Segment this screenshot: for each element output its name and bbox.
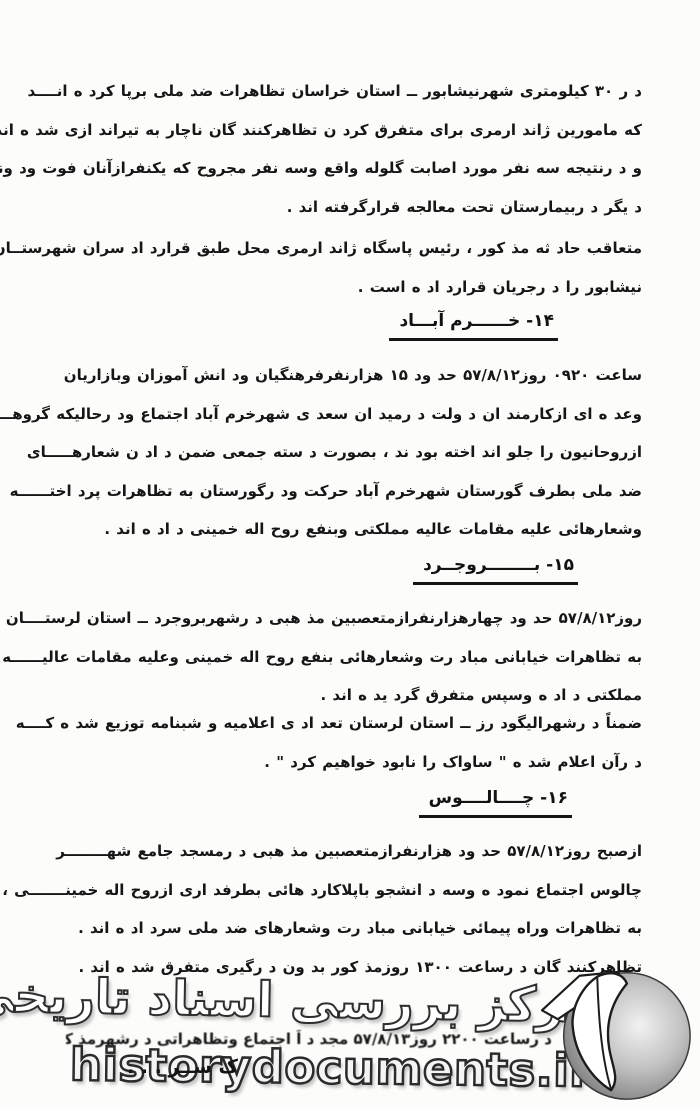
- text-line: چالوس اجتماع نمود ه وسه د انشجو باپلاکار…: [52, 871, 642, 910]
- text-line: د یگر د ربیمارستان تحت معالجه قرارگرفته …: [52, 188, 642, 227]
- watermark-persian: مرکز بررسی اسناد تاریخی: [0, 967, 596, 1034]
- paragraph-boroujerd: روز۵۷/۸/۱۲ حد ود چهارهزارنفرازمتعصبین مذ…: [52, 599, 642, 715]
- text-line: که مامورین ژاند ارمری برای متفرق کرد ن ت…: [52, 111, 642, 150]
- section-heading-16-chalus: ۱۶- چــــالــــوس: [419, 788, 572, 818]
- partial-last-line: ک ســر . . .: [127, 1056, 238, 1078]
- text-line: وعد ه ای ازکارمند ان د ولت د رمید ان سعد…: [52, 395, 642, 434]
- scanned-document-page: د ر ۳۰ کیلومتری شهرنیشابور ــ استان خراس…: [0, 0, 700, 1108]
- section-heading-15-boroujerd: ۱۵- بــــــــروجــرد: [413, 555, 578, 585]
- paragraph-aligudarz: ضمناً د رشهرالیگود رز ــ استان لرستان تع…: [52, 704, 642, 781]
- text-line: به تظاهرات خیابانی مباد رت وشعارهائی بنف…: [52, 638, 642, 677]
- text-line: ازصبح روز۵۷/۸/۱۲ حد ود هزارنفرازمتعصبین …: [52, 832, 642, 871]
- text-line: روز۵۷/۸/۱۲ حد ود چهارهزارنفرازمتعصبین مذ…: [52, 599, 642, 638]
- text-line: نیشابور را د رجریان قرارد اد ه است .: [52, 268, 642, 307]
- documents-center-logo-icon: [540, 962, 698, 1108]
- text-line: د ر ۳۰ کیلومتری شهرنیشابور ــ استان خراس…: [52, 72, 642, 111]
- text-line: متعاقب حاد ثه مذ کور ، رئیس پاسگاه ژاند …: [52, 229, 642, 268]
- text-line: ضمناً د رشهرالیگود رز ــ استان لرستان تع…: [52, 704, 642, 743]
- text-line: به تظاهرات وراه پیمائی خیابانی مباد رت و…: [52, 909, 642, 948]
- text-line: ازروحانیون را جلو اند اخته بود ند ، بصور…: [52, 433, 642, 472]
- text-line: وشعارهائی علیه مقامات عالیه مملکتی وبنفع…: [52, 510, 642, 549]
- text-line: و د رنتیجه سه نفر مورد اصابت گلوله واقع …: [52, 149, 642, 188]
- paragraph-khorramabad: ساعت ۰۹۲۰ روز۵۷/۸/۱۲ حد ود ۱۵ هزارنفرفره…: [52, 356, 642, 549]
- paragraph-gendarmerie: متعاقب حاد ثه مذ کور ، رئیس پاسگاه ژاند …: [52, 229, 642, 306]
- text-line: ساعت ۰۹۲۰ روز۵۷/۸/۱۲ حد ود ۱۵ هزارنفرفره…: [52, 356, 642, 395]
- text-line: ضد ملی بطرف گورستان شهرخرم آباد حرکت ود …: [52, 472, 642, 511]
- text-line: د رآن اعلام شد ه " ساواک را نابود خواهیم…: [52, 743, 642, 782]
- paragraph-nishabur: د ر ۳۰ کیلومتری شهرنیشابور ــ استان خراس…: [52, 72, 642, 226]
- section-heading-14-khorramabad: ۱۴- خــــــرم آبـــاد: [389, 311, 558, 341]
